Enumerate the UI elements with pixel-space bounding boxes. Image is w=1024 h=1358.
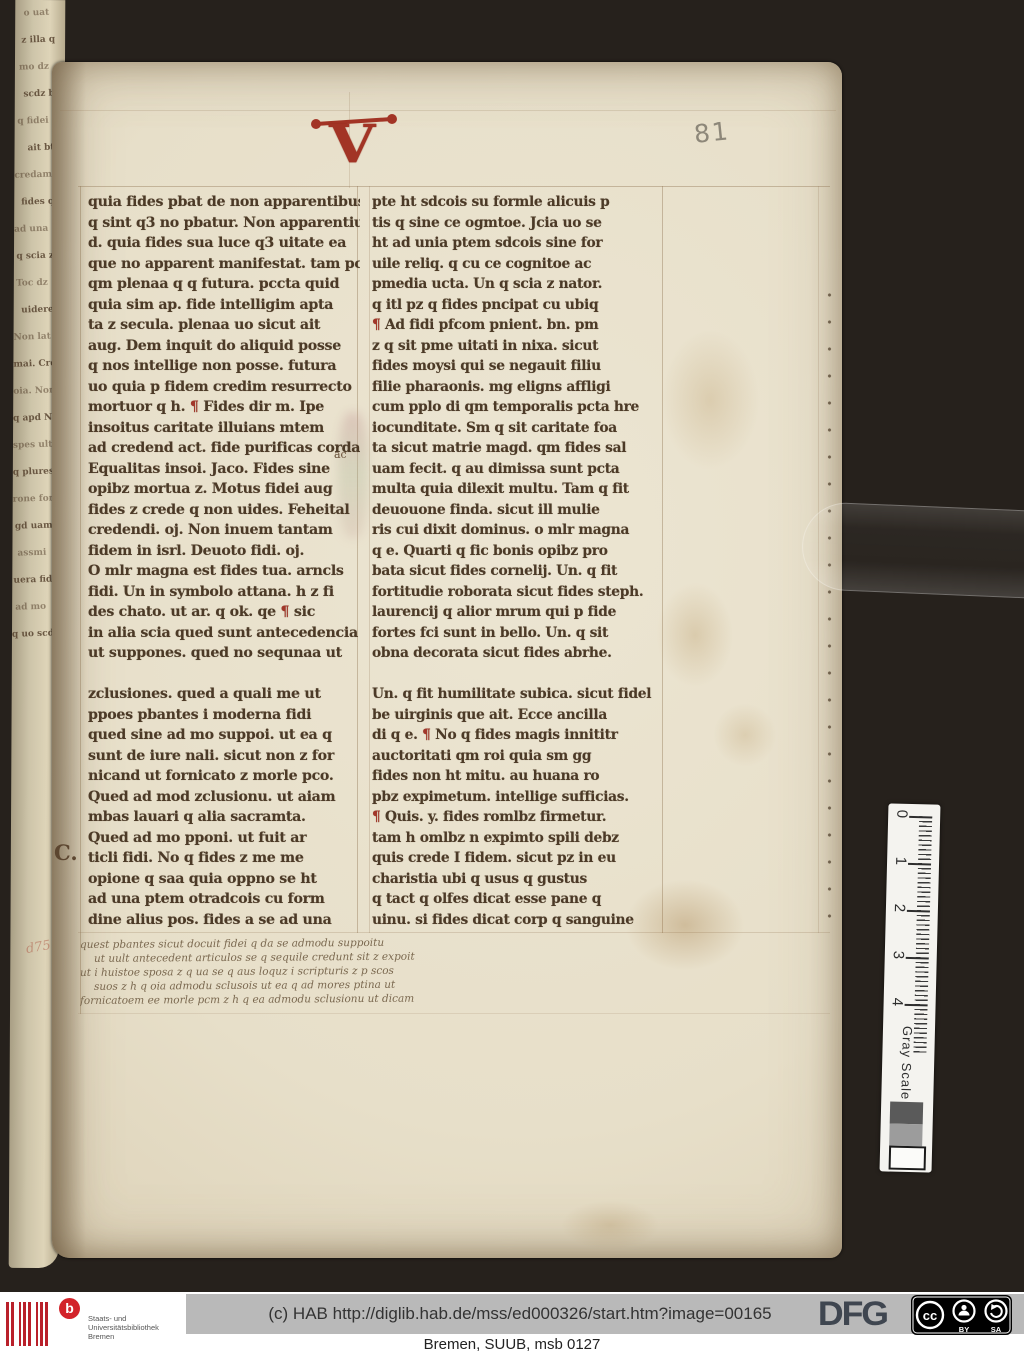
gray-scale-label: Gray Scale (898, 1026, 915, 1101)
text-line: nicand ut fornicato z morle pco. (88, 766, 360, 787)
cc-text: cc (923, 1308, 937, 1323)
gloss-line: fornicatoem ee morle pcm z h q ea admodu… (80, 990, 646, 1008)
text-line: ¶ Ad fidi pfcom pnient. bn. pm (372, 315, 664, 336)
text-line: O mlr magna est fides tua. arncls (88, 561, 360, 582)
text-line: des chato. ut ar. q ok. qe ¶ sic (88, 602, 360, 623)
text-line: Equalitas insoi. Jaco. Fides sine (88, 459, 360, 480)
cc-by-sa-icons: cc BY SA (911, 1295, 1012, 1335)
text-line: Qued ad mod zclusionu. ut aiam (88, 787, 360, 808)
stain (540, 1190, 680, 1260)
copyright-text: (c) HAB http://diglib.hab.de/mss/ed00032… (210, 1294, 830, 1334)
stain (700, 690, 790, 780)
dfg-logo: DFG (818, 1292, 906, 1336)
ruler-number: 1 (893, 857, 909, 873)
text-line: in alia scia qued sunt antecedencia (88, 623, 360, 644)
text-line: q sint q3 no pbatur. Non apparentiu (88, 213, 360, 234)
rubricated-initial-V: V (310, 108, 398, 182)
text-line: q nos intellige non posse. futura (88, 356, 360, 377)
text-line: fides z crede q non uides. Feheital (88, 500, 360, 521)
text-line: qued sine ad mo suppoi. ut ea q (88, 725, 360, 746)
gray-patch-mid (889, 1124, 923, 1147)
text-line: q tact q olfes dicat esse pane q (372, 889, 664, 910)
text-line: credendi. oj. Non inuem tantam (88, 520, 360, 541)
text-line: fides moysi qui se negauit filiu (372, 356, 664, 377)
text-line: fortes fci sunt in bello. Un. q sit (372, 623, 664, 644)
text-line: quis crede I fidem. sicut pz in eu (372, 848, 664, 869)
shelfmark-text: Bremen, SUUB, msb 0127 (0, 1334, 1024, 1358)
ruling-col1-left (80, 186, 81, 1014)
library-name-line: Universitätsbibliothek (88, 1323, 198, 1332)
text-line: multa quia dilexit multu. Tam q fit (372, 479, 664, 500)
text-line: d. quia fides sua luce q3 uitate ea (88, 233, 360, 254)
pilcrow-mark: ¶ (372, 317, 380, 333)
pilcrow-mark: ¶ (281, 604, 290, 620)
ruler-number: 2 (892, 904, 908, 920)
text-line: opione q saa quia oppno se ht (88, 869, 360, 890)
gray-patch-dark (890, 1102, 924, 1125)
ruler-major-tick (906, 957, 929, 959)
text-line: ad una ptem otradcois cu form (88, 889, 360, 910)
text-line: pbz expimetum. intellige sufficias. (372, 787, 664, 808)
initial-letter: V (329, 114, 375, 175)
ruling-col2-left (369, 186, 370, 933)
text-line: pmedia ucta. Un q scia z nator. (372, 274, 664, 295)
scan-canvas: o uatz illa qmo dzscdz bq fideiait btcre… (0, 0, 1024, 1358)
folio-number: 81 (693, 116, 732, 149)
ruling-line-header (78, 186, 830, 187)
ruling-line-footer (78, 1013, 830, 1014)
text-line: ad credend act. fide purificas corda (88, 438, 360, 459)
text-line: tam h omlbz n expimto spili debz (372, 828, 664, 849)
ruler-number: 4 (889, 998, 905, 1014)
text-line: tis q sine ce ogmtoe. Jcia uo se (372, 213, 664, 234)
text-line: Un. q fit humilitate subica. sicut fidel (372, 684, 664, 705)
text-line: opibz mortua z. Motus fidei aug (88, 479, 360, 500)
edge-text-fragment: z illa q (15, 26, 66, 54)
gray-scale-ruler: 0 1 2 3 4 Gray Scale (880, 803, 941, 1172)
text-line: quia fides pbat de non apparentibus (88, 192, 360, 213)
text-line: mortuor q h. ¶ Fides dir m. Ipe (88, 397, 360, 418)
text-line: fidi. Un in symbolo attana. h z fi (88, 582, 360, 603)
ruler-major-tick (908, 863, 931, 865)
pilcrow-mark: ¶ (190, 399, 199, 415)
pilcrow-mark: ¶ (372, 809, 380, 825)
text-line: filie pharaonis. mg eligns affligi (372, 377, 664, 398)
ruler-major-tick (905, 1004, 928, 1006)
gutter-note: ac (334, 448, 347, 461)
text-line: Qued ad mo pponi. ut fuit ar (88, 828, 360, 849)
ruler-minor-ticks (913, 816, 932, 1054)
text-line: zclusiones. qued a quali me ut (88, 684, 360, 705)
text-line: qm plenaa q q futura. pccta quid (88, 274, 360, 295)
text-line (88, 664, 360, 685)
page-clamp (800, 501, 1024, 599)
text-line: auctoritati qm roi quia sm gg (372, 746, 664, 767)
library-logo-icon: b (59, 1298, 80, 1319)
text-line: quia sim ap. fide intelligim apta (88, 295, 360, 316)
text-line: fortitudie roborata sicut fides steph. (372, 582, 664, 603)
text-line: iocunditate. Sm q sit caritate foa (372, 418, 664, 439)
text-line: q itl pz q fides pncipat cu ubiq (372, 295, 664, 316)
text-line: di q e. ¶ No q fides magis innititr (372, 725, 664, 746)
ruler-number: 3 (891, 951, 907, 967)
text-line: uinu. si fides dicat corp q sanguine (372, 910, 664, 931)
text-line: uam fecit. q au dimissa sunt pcta (372, 459, 664, 480)
text-line: deuouone finda. sicut ill mulie (372, 500, 664, 521)
text-line: z q sit pme uitati in nixa. sicut (372, 336, 664, 357)
text-line: q e. Quarti q fic bonis opibz pro (372, 541, 664, 562)
ruler-number: 0 (894, 810, 910, 826)
by-label: BY (959, 1325, 969, 1334)
text-line: sunt de iure nali. sicut non z for (88, 746, 360, 767)
text-line: bata sicut fides cornelij. Un. q fit (372, 561, 664, 582)
pricking-holes (827, 292, 832, 940)
text-line: pte ht sdcois su formle alicuis p (372, 192, 664, 213)
text-line: que no apparent manifestat. tam pccta (88, 254, 360, 275)
text-column-2: pte ht sdcois su formle alicuis ptis q s… (372, 192, 664, 930)
ruler-major-tick (907, 910, 930, 912)
library-name-line: Staats- und (88, 1314, 198, 1323)
text-line: ta sicut matrie magd. qm fides sal (372, 438, 664, 459)
pilcrow-mark: ¶ (422, 727, 430, 743)
text-line: obna decorata sicut fides abrhe. (372, 643, 664, 664)
text-line: ta z secula. plenaa uo sicut ait (88, 315, 360, 336)
edge-text-fragment: o uat (15, 0, 65, 28)
margin-letter: C. (54, 840, 78, 865)
text-line: aug. Dem inquit do aliquid posse (88, 336, 360, 357)
text-line: dine alius pos. fides a se ad una (88, 910, 360, 931)
text-line: fidem in isrl. Deuoto fidi. oj. (88, 541, 360, 562)
text-line: ris cui dixit dominus. o mlr magna (372, 520, 664, 541)
text-line: ¶ Quis. y. fides romlbz firmetur. (372, 807, 664, 828)
cc-license-badge: cc BY SA (911, 1295, 1012, 1335)
text-line: ticli fidi. No q fides z me me (88, 848, 360, 869)
text-line: be uirginis que ait. Ecce ancilla (372, 705, 664, 726)
text-column-1: quia fides pbat de non apparentibusq sin… (88, 192, 360, 930)
text-line (372, 664, 664, 685)
text-line: charistia ubi q usus q gustus (372, 869, 664, 890)
sa-label: SA (991, 1325, 1002, 1334)
ruler-major-tick (909, 816, 932, 818)
text-line: fides non ht mitu. au huana ro (372, 766, 664, 787)
footer-bar: b Staats- undUniversitätsbibliothekBreme… (0, 1292, 1024, 1358)
text-line: laurencij q alior mrum qui p fide (372, 602, 664, 623)
text-line: cum pplo di qm temporalis pcta hre (372, 397, 664, 418)
gray-patch-white (889, 1146, 927, 1171)
text-line: ut suppones. qued no sequnaa ut (88, 643, 360, 664)
text-line: uile reliq. q cu ce cognitoe ac (372, 254, 664, 275)
text-line: ht ad unia ptem sdcois sine for (372, 233, 664, 254)
text-line: insoitus caritate illuians mtem (88, 418, 360, 439)
ruling-line-top (60, 110, 836, 111)
lower-margin-gloss: quest pbantes sicut docuit fidei q da se… (80, 936, 646, 1006)
text-line: uo quia p fidem credim resurrecto (88, 377, 360, 398)
text-line: ppoes pbantes i moderna fidi (88, 705, 360, 726)
text-line: mbas lauari q alia sacramta. (88, 807, 360, 828)
